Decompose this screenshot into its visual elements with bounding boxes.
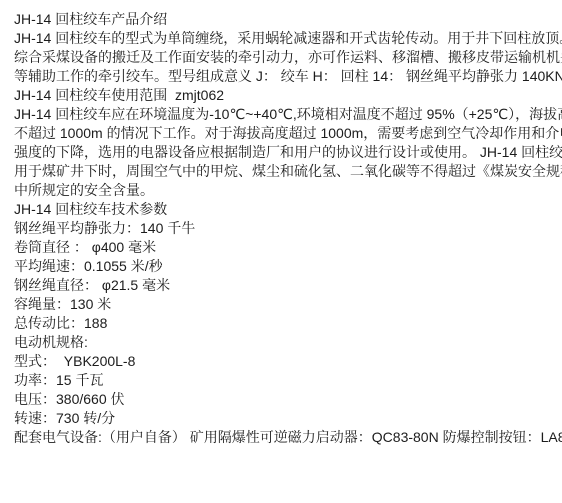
motor-spec-heading: 电动机规格: (14, 333, 554, 352)
intro-paragraph-line: 综合采煤设备的搬迁及工作面安装的牵引动力，亦可作运料、移溜槽、搬移皮带运输机机头 (14, 48, 554, 67)
motor-rotation-speed: 转速：730 转/分 (14, 409, 554, 428)
motor-voltage: 电压：380/660 伏 (14, 390, 554, 409)
tech-params-heading: JH-14 回柱绞车技术参数 (14, 200, 554, 219)
scope-paragraph-line: 中所规定的安全含量。 (14, 181, 554, 200)
scope-paragraph-line: 用于煤矿井下时，周围空气中的甲烷、煤尘和硫化氢、二氧化碳等不得超过《煤炭安全规程… (14, 162, 554, 181)
intro-paragraph-line: 等辅助工作的牵引绞车。型号组成意义 J： 绞车 H： 回柱 14： 钢丝绳平均静… (14, 67, 554, 86)
electric-equipment-line: 配套电气设备:（用户自备） 矿用隔爆性可逆磁力启动器：QC83-80N 防爆控制… (14, 428, 554, 447)
scope-paragraph-line: 强度的下降，选用的电器设备应根据制造厂和用户的协议进行设计或使用。 JH-14 … (14, 143, 554, 162)
spec-rope-capacity: 容绳量：130 米 (14, 295, 554, 314)
motor-model: 型式： YBK200L-8 (14, 352, 554, 371)
intro-paragraph-line: JH-14 回柱绞车的型式为单筒缠绕，采用蜗轮减速器和开式齿轮传动。用于井下回柱… (14, 29, 554, 48)
usage-scope-heading: JH-14 回柱绞车使用范围 zmjt062 (14, 86, 554, 105)
motor-power: 功率：15 千瓦 (14, 371, 554, 390)
spec-rope-static-tension: 钢丝绳平均静张力：140 千牛 (14, 219, 554, 238)
spec-average-rope-speed: 平均绳速：0.1055 米/秒 (14, 257, 554, 276)
spec-total-gear-ratio: 总传动比：188 (14, 314, 554, 333)
spec-drum-diameter: 卷筒直径 ： φ400 毫米 (14, 238, 554, 257)
scope-paragraph-line: JH-14 回柱绞车应在环境温度为-10℃~+40℃,环境相对温度不超过 95%… (14, 105, 554, 124)
document-page: JH-14 回柱绞车产品介绍 JH-14 回柱绞车的型式为单筒缠绕，采用蜗轮减速… (0, 0, 562, 503)
scope-paragraph-line: 不超过 1000m 的情况下工作。对于海拔高度超过 1000m，需要考虑到空气冷… (14, 124, 554, 143)
spec-rope-diameter: 钢丝绳直径： φ21.5 毫米 (14, 276, 554, 295)
product-intro-heading: JH-14 回柱绞车产品介绍 (14, 10, 554, 29)
